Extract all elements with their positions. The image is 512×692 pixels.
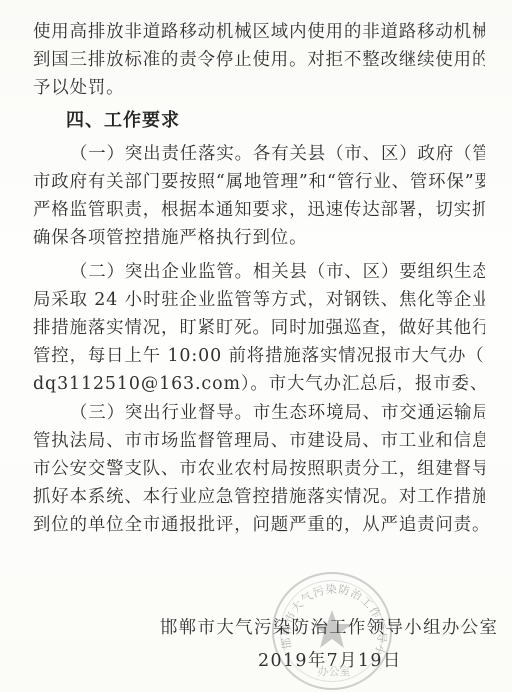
text-line: 到国三排放标准的责令停止使用。对拒不整改继续使用的，依法 [33, 48, 485, 72]
section-heading: 四、工作要求 [66, 109, 180, 133]
text-line: 排措施落实情况，盯紧盯死。同时加强巡查，做好其他行业停产 [33, 316, 485, 340]
text-line: 确保各项管控措施严格执行到位。 [33, 226, 485, 250]
text-line: （二）突出企业监管。相关县（市、区）要组织生态环境分 [70, 260, 485, 284]
email-line: dq3112510@163.com）。市大气办汇总后，报市委、市政府。 [33, 372, 485, 396]
issuer-signature: 邯郸市大气污染防治工作领导小组办公室 [160, 616, 498, 640]
text-line: 管执法局、市市场监督管理局、市建设局、市工业和信息化局、 [33, 429, 485, 453]
text-line: 市公安交警支队、市农业农村局按照职责分工，组建督导队伍， [33, 457, 485, 481]
document-page: 使用高排放非道路移动机械区域内使用的非道路移动机械，达不 到国三排放标准的责令停… [0, 0, 512, 692]
text-line: 予以处罚。 [33, 76, 485, 100]
text-line: （三）突出行业督导。市生态环境局、市交通运输局、市城 [70, 401, 485, 425]
text-line: 抓好本系统、本行业应急管控措施落实情况。对工作措施落实不 [33, 485, 485, 509]
issue-date: 2019年7月19日 [258, 649, 402, 673]
text-line: 市政府有关部门要按照“属地管理”和“管行业、管环保”要求， [33, 170, 485, 194]
text-line: （一）突出责任落实。各有关县（市、区）政府（管委会）， [70, 142, 485, 166]
text-line: 局采取 24 小时驻企业监管等方式，对钢铁、焦化等企业应急减 [33, 288, 485, 312]
text-line: 管控，每日上午 10:00 前将措施落实情况报市大气办（邮箱： [33, 344, 485, 368]
text-line: 到位的单位全市通报批评，问题严重的，从严追责问责。 [33, 513, 485, 537]
text-line: 使用高排放非道路移动机械区域内使用的非道路移动机械，达不 [33, 20, 485, 44]
text-line: 严格监管职责，根据本通知要求，迅速传达部署，切实抓好落实， [33, 198, 485, 222]
